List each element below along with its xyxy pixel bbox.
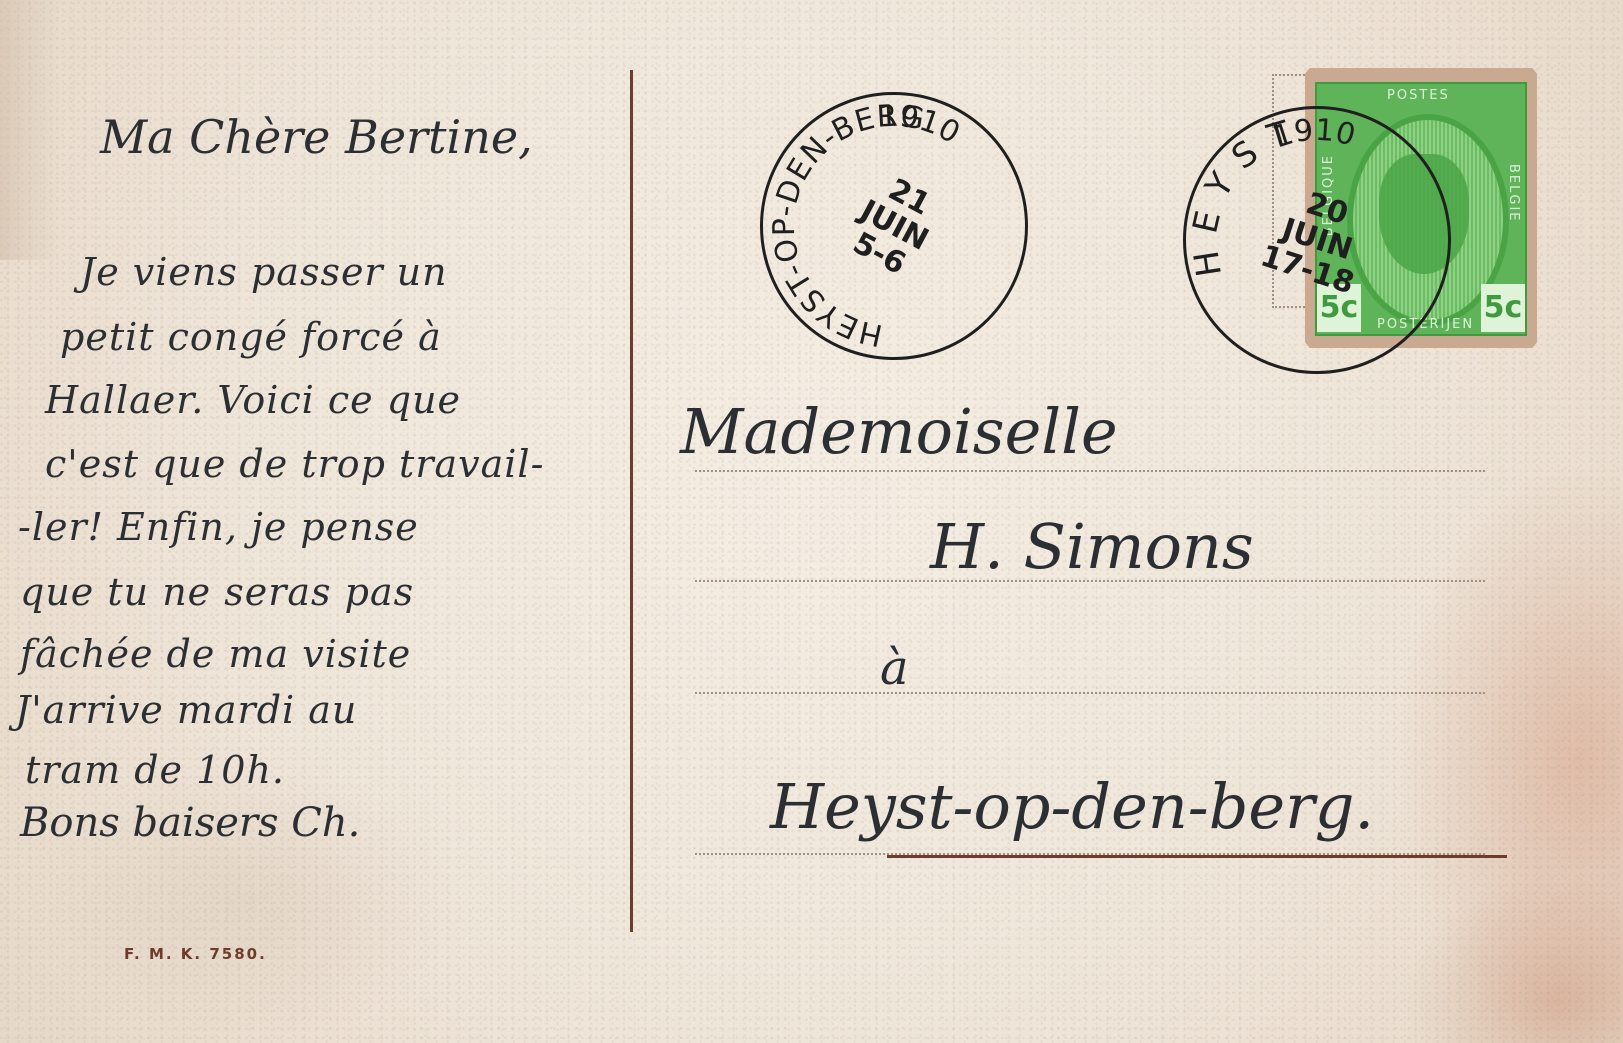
address-line-3 — [695, 692, 1485, 694]
message-line: -ler! Enfin, je pense — [18, 505, 419, 549]
message-line: c'est que de trop travail- — [45, 442, 544, 486]
printer-mark: F. M. K. 7580. — [124, 945, 267, 963]
postmark-heyst: HEYST 1910 20 JUIN 17-18 — [1183, 106, 1451, 374]
message-line: fâchée de ma visite — [20, 632, 411, 676]
stamp-top-text: POSTES — [1387, 88, 1450, 103]
message-line: que tu ne seras pas — [20, 570, 414, 614]
address-preposition: à — [880, 640, 909, 696]
center-divider — [630, 70, 633, 932]
address-line-1 — [695, 470, 1485, 472]
message-line: petit congé forcé à — [60, 315, 442, 359]
message-greeting: Ma Chère Bertine, — [100, 110, 533, 164]
postmark-heyst-op-den-berg: HEYST-OP-DEN-BERG 1910 21 JUIN 5-6 — [760, 92, 1028, 360]
worn-edge — [0, 0, 60, 260]
message-closing: Bons baisers Ch. — [20, 800, 360, 846]
svg-text:1910: 1910 — [864, 95, 974, 177]
message-line: tram de 10h. — [25, 748, 285, 792]
address-city: Heyst-op-den-berg. — [770, 770, 1374, 843]
address-name: H. Simons — [930, 510, 1254, 583]
message-line: Je viens passer un — [80, 250, 448, 294]
stamp-country-text: BELGIE — [1506, 164, 1521, 223]
message-line: J'arrive mardi au — [15, 688, 357, 732]
postcard-back: Ma Chère Bertine, Je viens passer un pet… — [0, 0, 1623, 1043]
address-title: Mademoiselle — [680, 395, 1118, 468]
stamp-value-right: 5c — [1481, 284, 1525, 332]
city-underline — [887, 855, 1507, 858]
message-line: Hallaer. Voici ce que — [45, 378, 461, 422]
